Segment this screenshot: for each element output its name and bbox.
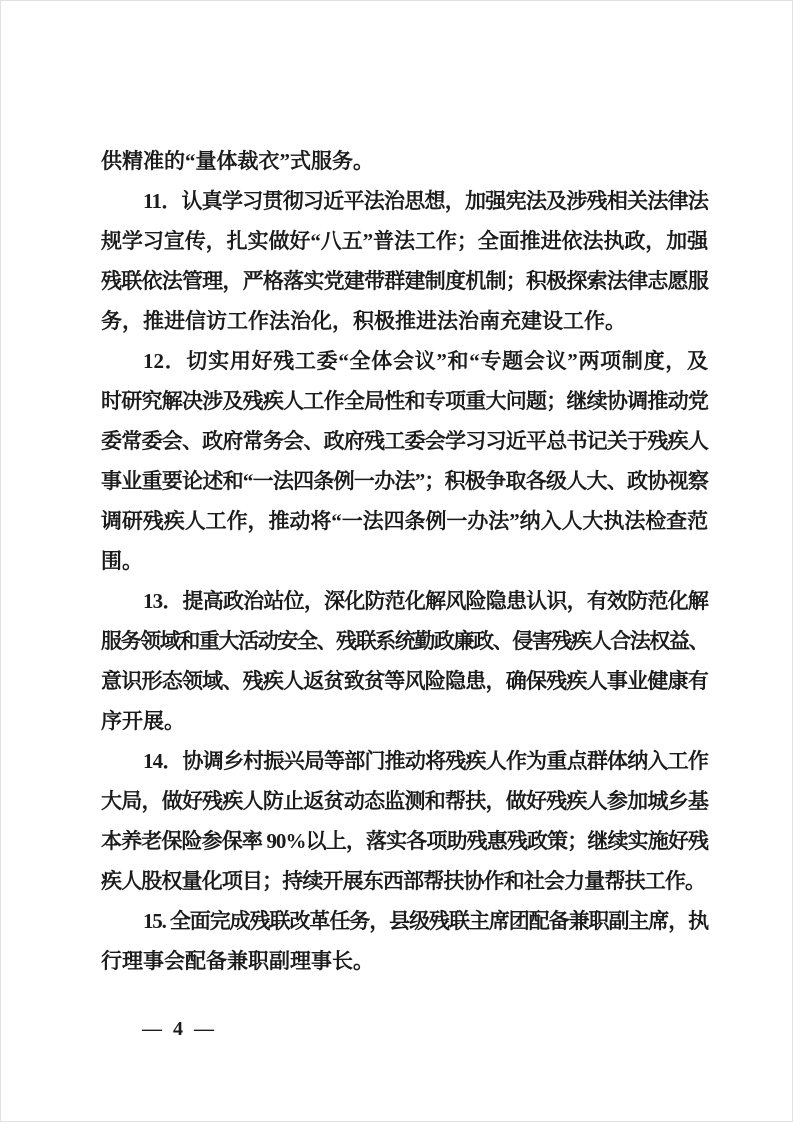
- paragraph-continuation: 供精准的“量体裁衣”式服务。: [101, 141, 708, 181]
- paragraph-13: 13．提高政治站位，深化防范化解风险隐患认识，有效防范化解服务领域和重大活动安全…: [101, 581, 708, 741]
- text-line: 委常委会、政府常务会、政府残工委会学习习近平总书记关于残疾人: [101, 421, 708, 461]
- text-line: 14．协调乡村振兴局等部门推动将残疾人作为重点群体纳入工作: [101, 741, 708, 781]
- text-line: 本养老保险参保率 90%以上，落实各项助残惠残政策；继续实施好残: [101, 821, 708, 861]
- text-line: 疾人股权量化项目；持续开展东西部帮扶协作和社会力量帮扶工作。: [101, 861, 708, 901]
- text-line: 时研究解决涉及残疾人工作全局性和专项重大问题；继续协调推动党: [101, 381, 708, 421]
- text-line: 行理事会配备兼职副理事长。: [101, 941, 708, 981]
- text-line: 围。: [101, 541, 708, 581]
- text-line: 调研残疾人工作，推动将“一法四条例一办法”纳入人大执法检查范: [101, 501, 708, 541]
- paragraph-11: 11．认真学习贯彻习近平法治思想，加强宪法及涉残相关法律法规学习宣传，扎实做好“…: [101, 181, 708, 341]
- page-number: — 4 —: [142, 1009, 217, 1049]
- paragraph-14: 14．协调乡村振兴局等部门推动将残疾人作为重点群体纳入工作大局，做好残疾人防止返…: [101, 741, 708, 901]
- text-line: 事业重要论述和“一法四条例一办法”；积极争取各级人大、政协视察: [101, 461, 708, 501]
- text-line: 供精准的“量体裁衣”式服务。: [101, 141, 708, 181]
- text-line: 12．切实用好残工委“全体会议”和“专题会议”两项制度，及: [101, 341, 708, 381]
- paragraph-12: 12．切实用好残工委“全体会议”和“专题会议”两项制度，及时研究解决涉及残疾人工…: [101, 341, 708, 581]
- paragraph-15: 15. 全面完成残联改革任务，县级残联主席团配备兼职副主席，执行理事会配备兼职副…: [101, 901, 708, 981]
- text-line: 意识形态领域、残疾人返贫致贫等风险隐患，确保残疾人事业健康有: [101, 661, 708, 701]
- document-body: 供精准的“量体裁衣”式服务。11．认真学习贯彻习近平法治思想，加强宪法及涉残相关…: [101, 141, 708, 981]
- document-page: 供精准的“量体裁衣”式服务。11．认真学习贯彻习近平法治思想，加强宪法及涉残相关…: [0, 0, 793, 1122]
- text-line: 大局，做好残疾人防止返贫动态监测和帮扶，做好残疾人参加城乡基: [101, 781, 708, 821]
- text-line: 残联依法管理，严格落实党建带群建制度机制；积极探索法律志愿服: [101, 261, 708, 301]
- text-line: 15. 全面完成残联改革任务，县级残联主席团配备兼职副主席，执: [101, 901, 708, 941]
- text-line: 13．提高政治站位，深化防范化解风险隐患认识，有效防范化解: [101, 581, 708, 621]
- text-line: 服务领域和重大活动安全、残联系统勤政廉政、侵害残疾人合法权益、: [101, 621, 708, 661]
- text-line: 规学习宣传，扎实做好“八五”普法工作；全面推进依法执政，加强: [101, 221, 708, 261]
- text-line: 11．认真学习贯彻习近平法治思想，加强宪法及涉残相关法律法: [101, 181, 708, 221]
- text-line: 序开展。: [101, 701, 708, 741]
- text-line: 务，推进信访工作法治化，积极推进法治南充建设工作。: [101, 301, 708, 341]
